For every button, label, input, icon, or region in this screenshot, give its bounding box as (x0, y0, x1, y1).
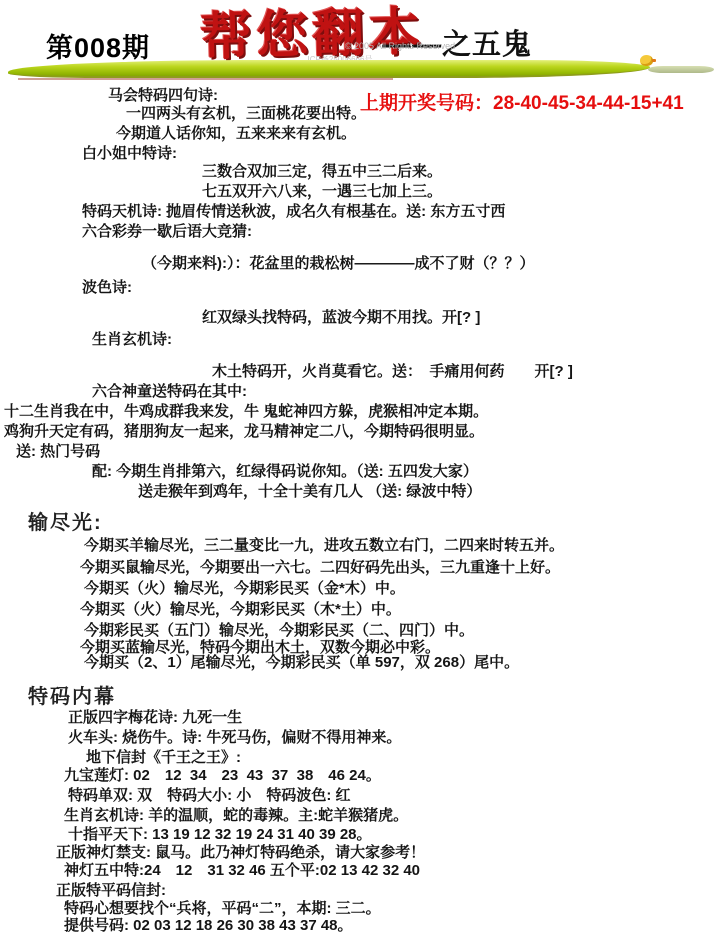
doc-line: 今期买（火）输尽光，今期彩民买（金*木）中。 (84, 579, 405, 599)
watermark-copyright: © 2005 All Rights Reserved (230, 41, 570, 51)
doc-line: 今期道人话你知，五来来来有玄机。 (116, 124, 356, 144)
section-title-temaneimu: 特码内幕 (28, 680, 116, 709)
doc-line: 今期买（火）输尽光，今期彩民买（木*土）中。 (80, 600, 401, 620)
doc-line: 送走猴年到鸡年，十全十美有几人 （送: 绿波中特） (138, 482, 481, 502)
doc-line: 十二生肖我在中，牛鸡成群我来发，牛 鬼蛇神四方躲，虎猴相冲定本期。 (4, 402, 488, 422)
doc-line: 鸡狗升天定有码，猪朋狗友一起来，龙马精神定二八，今期特码很明显。 (4, 422, 484, 442)
doc-line: 今期买鼠输尽光，今期要出一六七。二四好码先出头，三九重逢十上好。 (80, 558, 560, 578)
doc-line: 配: 今期生肖排第六，红绿得码说你知。（送: 五四发大家） (92, 462, 478, 482)
doc-line: 三数合双加三定，得五中三二后来。 (202, 162, 442, 182)
grass-divider (8, 60, 650, 78)
doc-line: 正版特平码信封: (56, 881, 166, 901)
doc-line: 波色诗: (82, 278, 132, 298)
doc-line: 九宝莲灯: 02 12 34 23 43 37 38 46 24。 (64, 766, 381, 786)
doc-line: 特码单双: 双 特码大小: 小 特码波色: 红 (68, 786, 351, 806)
doc-line: 提供号码: 02 03 12 18 26 30 38 43 37 48。 (64, 916, 353, 935)
doc-line: 七五双开六八来，一遇三七加上三。 (202, 182, 442, 202)
grass-divider-tail (648, 66, 714, 73)
doc-line: 正版神灯禁支: 鼠马。此乃神灯特码绝杀，请大家参考！ (56, 843, 425, 863)
last-draw-line: 上期开奖号码：28-40-45-34-44-15+41 (360, 88, 684, 115)
doc-line: 特码天机诗: 抛眉传情送秋波，成名久有根基在。送: 东方五寸西 (82, 202, 505, 222)
doc-line: 生肖玄机诗: 羊的温顺，蛇的毒辣。主:蛇羊猴猪虎。 (64, 806, 408, 826)
doc-line: 六合彩券一歇后语大竞猜: (82, 222, 252, 242)
doc-line: 白小姐中特诗: (82, 144, 177, 164)
section-title-shujinguang: 输尽光: (28, 506, 103, 535)
doc-line: 木土特码开，火肖莫看它。送： 手痛用何药 开[? ] (212, 362, 573, 382)
doc-line: 红双绿头找特码，蓝波今期不用找。开[? ] (202, 308, 480, 328)
chick-icon (640, 55, 653, 66)
doc-line: 今期买羊输尽光，三二量变比一九，进攻五数立右门，二四来时转五并。 (84, 536, 564, 556)
issue-number: 第008期 (46, 26, 150, 65)
doc-line: 正版四字梅花诗: 九死一生 (68, 708, 242, 728)
doc-line: 火车头: 烧伤牛。诗: 牛死马伤，偏财不得用神来。 (68, 728, 401, 748)
tip-sheet-page: 第008期 帮您翻本 ——之五鬼 © 2005 All Rights Reser… (0, 0, 720, 935)
doc-line: 六合神童送特码在其中: (92, 382, 247, 402)
doc-line: 送: 热门号码 (16, 442, 100, 462)
doc-line: 十指平天下: 13 19 12 32 19 24 31 40 39 28。 (68, 825, 372, 845)
doc-line: 今期买（2、1）尾输尽光，今期彩民买（单 597，双 268）尾中。 (84, 653, 519, 673)
last-draw-label: 上期开奖号码： (360, 93, 493, 114)
doc-line: 地下信封《千王之王》: (86, 748, 241, 768)
last-draw-numbers: 28-40-45-34-44-15+41 (493, 93, 684, 114)
doc-line: 一四两头有玄机，三面桃花要出特。 (126, 104, 366, 124)
doc-line: 马会特码四句诗: (108, 86, 218, 106)
doc-line: （今期来料):）：花盆里的栽松树————成不了财（？？） (142, 254, 535, 274)
doc-line: 生肖玄机诗: (92, 330, 172, 350)
doc-line: 神灯五中特:24 12 31 32 46 五个平:02 13 42 32 40 (64, 861, 420, 881)
